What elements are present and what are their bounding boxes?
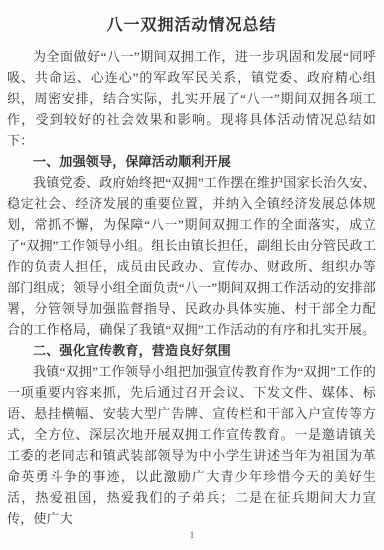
paragraph-section-2: 我镇“双拥”工作领导小组把加强宣传教育作为“双拥”工作的一项重要内容来抓，先后通…	[7, 361, 376, 529]
section-heading-2: 二、强化宣传教育，营造良好氛围	[7, 340, 376, 361]
document-title: 八一双拥活动情况总结	[7, 15, 376, 37]
document-content: 八一双拥活动情况总结 为全面做好“八一”期间双拥工作，进一步巩固和发展“同呼吸、…	[0, 0, 384, 529]
paragraph-section-1: 我镇党委、政府始终把“双拥”工作摆在维护国家长治久安、稳定社会、经济发展的重要位…	[7, 172, 376, 340]
document-page: 八一双拥活动情况总结 为全面做好“八一”期间双拥工作，进一步巩固和发展“同呼吸、…	[0, 0, 384, 550]
section-heading-1: 一、加强领导，保障活动顺利开展	[7, 151, 376, 172]
paragraph-intro: 为全面做好“八一”期间双拥工作，进一步巩固和发展“同呼吸、共命运、心连心”的军政…	[7, 46, 376, 151]
page-number: 1	[0, 530, 384, 540]
